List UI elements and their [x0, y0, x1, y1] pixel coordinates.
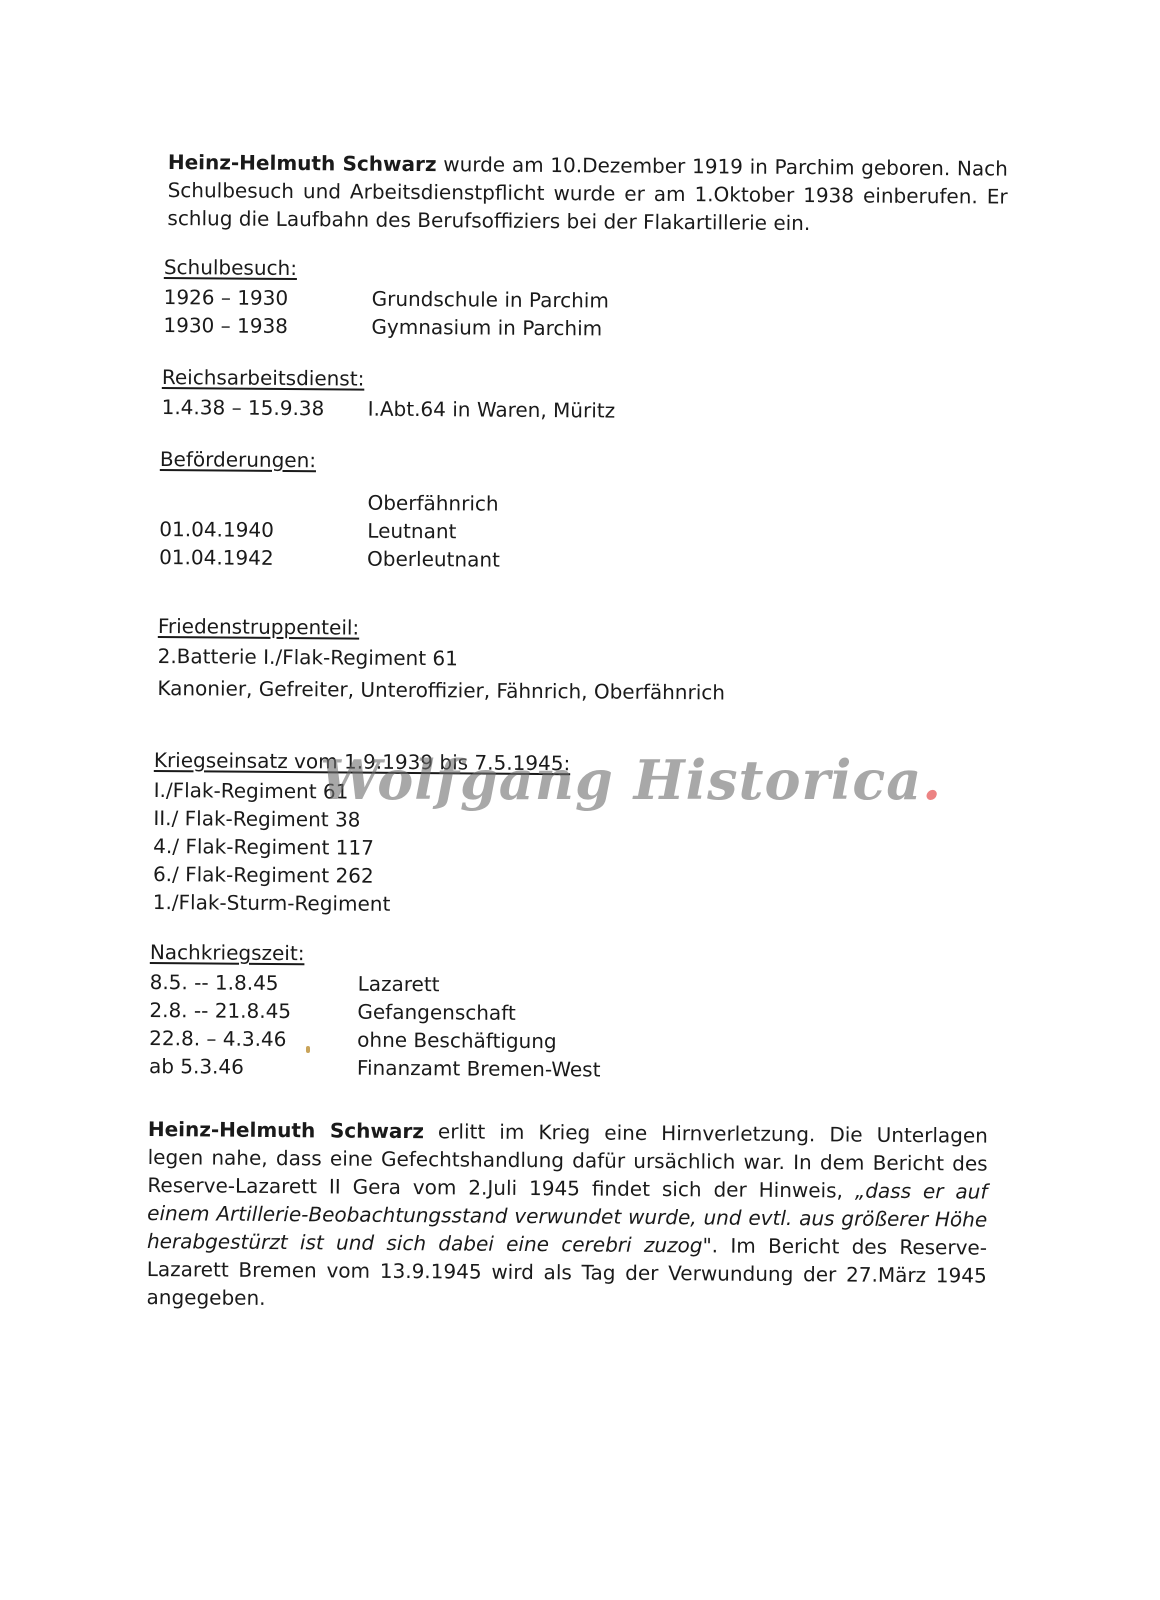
date — [159, 487, 367, 517]
list-item: 8.5. -- 1.8.45Lazarett — [150, 968, 602, 1000]
description: Oberfähnrich — [367, 489, 498, 518]
list-item: 01.04.1940Leutnant — [159, 515, 500, 546]
section-heading: Kriegseinsatz vom 1.9.1939 bis 7.5.1945: — [154, 746, 571, 777]
section-kriegseinsatz: Kriegseinsatz vom 1.9.1939 bis 7.5.1945:… — [153, 746, 571, 919]
watermark-dot: . — [922, 748, 942, 812]
section-friedenstruppenteil: Friedenstruppenteil: 2.Batterie I./Flak-… — [157, 612, 725, 706]
date: ab 5.3.46 — [149, 1052, 357, 1082]
description: Grundschule in Parchim — [372, 285, 609, 315]
list-item: 2.Batterie I./Flak-Regiment 61 — [158, 642, 726, 674]
description: I.Abt.64 in Waren, Müritz — [368, 395, 616, 425]
date: 01.04.1942 — [159, 543, 367, 573]
section-heading: Nachkriegszeit: — [150, 938, 602, 970]
section-heading: Beförderungen: — [160, 445, 501, 476]
section-befoerderungen: Beförderungen: Oberfähnrich 01.04.1940Le… — [159, 445, 501, 574]
description: Finanzamt Bremen-West — [357, 1054, 601, 1084]
date: 1.4.38 – 15.9.38 — [162, 393, 368, 423]
description: Gymnasium in Parchim — [371, 313, 602, 343]
list-item: Kanonier, Gefreiter, Unteroffizier, Fähn… — [157, 674, 725, 706]
section-heading: Friedenstruppenteil: — [158, 612, 726, 644]
date: 1926 – 1930 — [164, 283, 372, 313]
section-heading: Reichsarbeitsdienst: — [162, 363, 616, 395]
list-item: 1926 – 1930Grundschule in Parchim — [164, 283, 609, 314]
date: 8.5. -- 1.8.45 — [150, 968, 358, 998]
list-item: 1.4.38 – 15.9.38I.Abt.64 in Waren, Mürit… — [162, 393, 616, 425]
list-item: II./ Flak-Regiment 38 — [153, 804, 570, 835]
intro-paragraph: Heinz-Helmuth Schwarz wurde am 10.Dezemb… — [167, 148, 1008, 239]
list-item: 22.8. – 4.3.46ohne Beschäftigung — [149, 1024, 601, 1056]
section-nachkriegszeit: Nachkriegszeit: 8.5. -- 1.8.45Lazarett 2… — [149, 938, 602, 1084]
person-name: Heinz-Helmuth Schwarz — [168, 150, 437, 176]
date: 22.8. – 4.3.46 — [149, 1024, 357, 1054]
list-item: 2.8. -- 21.8.45Gefangenschaft — [149, 996, 601, 1028]
description: Leutnant — [367, 517, 456, 546]
list-item: 6./ Flak-Regiment 262 — [153, 860, 570, 891]
description: Oberleutnant — [367, 545, 500, 574]
document-page: Heinz-Helmuth Schwarz wurde am 10.Dezemb… — [0, 0, 1160, 1600]
list-item: 4./ Flak-Regiment 117 — [153, 832, 570, 863]
description: Gefangenschaft — [357, 998, 516, 1027]
list-item: Oberfähnrich — [159, 487, 500, 518]
list-item: I./Flak-Regiment 61 — [154, 776, 571, 807]
list-item: 01.04.1942Oberleutnant — [159, 543, 500, 574]
list-item: 1./Flak-Sturm-Regiment — [153, 888, 570, 919]
section-schulbesuch: Schulbesuch: 1926 – 1930Grundschule in P… — [163, 253, 609, 342]
description: ohne Beschäftigung — [357, 1026, 557, 1056]
list-item: ab 5.3.46Finanzamt Bremen-West — [149, 1052, 601, 1084]
section-reichsarbeitsdienst: Reichsarbeitsdienst: 1.4.38 – 15.9.38I.A… — [162, 363, 616, 425]
date: 2.8. -- 21.8.45 — [149, 996, 357, 1026]
description: Lazarett — [358, 970, 440, 999]
closing-paragraph: Heinz-Helmuth Schwarz erlitt im Krieg ei… — [146, 1115, 988, 1318]
list-item: 1930 – 1938Gymnasium in Parchim — [163, 311, 608, 342]
section-heading: Schulbesuch: — [164, 253, 609, 284]
date: 01.04.1940 — [159, 515, 367, 545]
person-name: Heinz-Helmuth Schwarz — [148, 1117, 424, 1143]
date: 1930 – 1938 — [163, 311, 371, 341]
scan-speck — [306, 1046, 310, 1053]
